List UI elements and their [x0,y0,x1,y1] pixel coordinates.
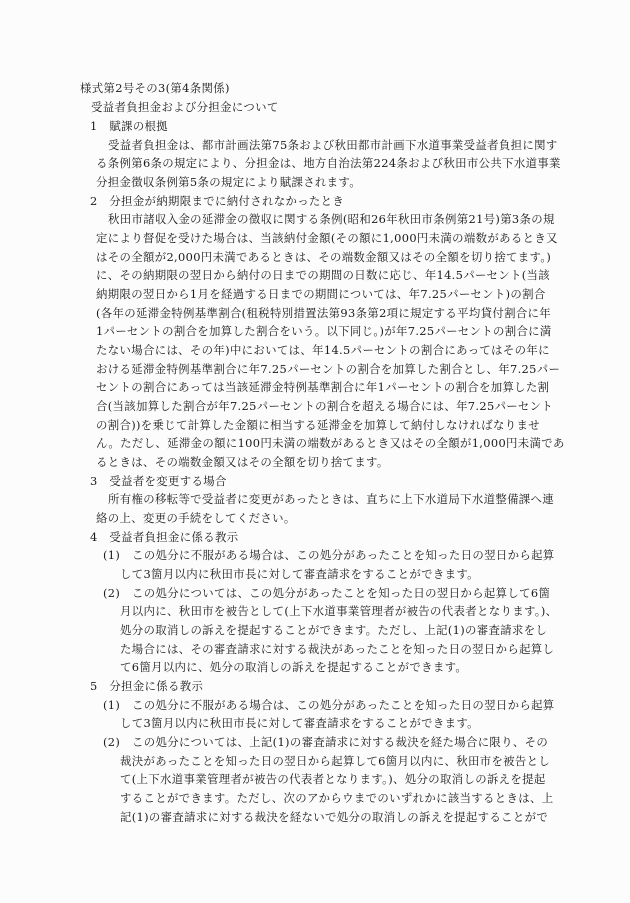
section-2-line: 合(当該加算した割合が年7.25パーセントの割合を超える場合には、年7.25パー… [96,397,553,415]
section-4-item-2-line: 月以内に、秋田市を被告として(上下水道事業管理者が被告の代表者となります。)、 [120,602,557,620]
section-1-line: る条例第6条の規定により、分担金は、地方自治法第224条および秋田市公共下水道事… [96,154,561,172]
section-2-line: 1パーセントの割合を加算した割合をいう。以下同じ。)が年7.25パーセントの割合… [96,322,552,340]
item-number: (1) [103,546,120,564]
section-5-item-2-line: 裁決があったことを知った日の翌日から起算して6箇月以内に、秋田市を被告とし [120,752,550,770]
section-2-line: るときは、その端数金額又はその全額を切り捨てます。 [96,453,389,471]
item-number: (1) [103,696,120,714]
section-2-heading: 2 分担金が納期限までに納付されなかったとき [90,192,344,210]
section-4-heading: 4 受益者負担金に係る教示 [90,528,239,546]
section-1-heading: 1 賦課の根拠 [90,117,168,135]
section-5-item-2-line: この処分については、上記(1)の審査請求に対する裁決を経た場合に限り、その [132,733,548,751]
section-4-item-1-line: この処分に不服がある場合は、この処分があったことを知った日の翌日から起算 [132,546,555,564]
item-number: (2) [103,584,120,602]
document-title: 受益者負担金および分担金について [91,98,279,116]
section-4-item-2-line: 処分の取消しの訴えを提起することができます。ただし、上記(1)の審査請求をし [120,621,547,639]
section-4-item-2-line: この処分については、この処分があったことを知った日の翌日から起算して6箇 [132,584,550,602]
section-2-line: に、その納期限の翌日から納付の日までの期間の日数に応じ、年14.5パーセント(当… [96,266,550,284]
section-2-line: の割合))を乗じて計算した金額に相当する延滞金を加算して納付しなければなりませ [96,416,540,434]
section-2-line: はその全額が2,000円未満であるときは、その端数金額又はその全額を切り捨てます… [96,248,551,266]
section-5-item-2-line: することができます。ただし、次のアからウまでのいずれかに該当するときは、上 [120,789,554,807]
section-4-item-1-line: して3箇月以内に秋田市長に対して審査請求をすることができます。 [120,565,479,583]
section-2-line: おける延滞金特例基準割合に年7.25パーセントの割合を加算した割合とし、年7.2… [96,360,560,378]
section-5-item-1-line: この処分に不服がある場合は、この処分があったことを知った日の翌日から起算 [132,696,555,714]
section-2-line: 秋田市諸収入金の延滞金の徴収に関する条例(昭和26年秋田市条例第21号)第3条の… [108,210,555,228]
section-5-heading: 5 分担金に係る教示 [90,677,203,695]
section-1-line: 分担金徴収条例第5条の規定により賦課されます。 [96,173,361,191]
item-number: (2) [103,733,120,751]
section-3-line: 絡の上、変更の手続をしてください。 [96,509,296,527]
section-2-line: たない場合には、その年)中においては、年14.5パーセントの割合にあってはその年… [96,341,550,359]
section-2-line: ん。ただし、延滞金の額に100円未満の端数があるとき又はその全額が1,000円未… [96,434,565,452]
section-4-item-2-line: た場合には、その審査請求に対する裁決があったことを知った日の翌日から起算し [120,640,554,658]
section-5-item-2-line: て(上下水道事業管理者が被告の代表者となります。)、処分の取消しの訴えを提起 [120,770,546,788]
section-2-line: 定により督促を受けた場合は、当該納付金額(その額に1,000円未満の端数があると… [96,229,558,247]
section-2-line: セントの割合にあっては当該延滞金特例基準割合に年1パーセントの割合を加算した割 [96,378,549,396]
section-5-item-2-line: 記(1)の審査請求に対する裁決を経ないで処分の取消しの訴えを提起することがで [120,808,548,826]
section-1-line: 受益者負担金は、都市計画法第75条および秋田都市計画下水道事業受益者負担に関す [108,136,558,154]
section-3-heading: 3 受益者を変更する場合 [90,472,227,490]
section-2-line: (各年の延滞金特例基準割合(租税特別措置法第93条第2項に規定する平均貸付割合に… [96,304,551,322]
section-2-line: 納期限の翌日から1月を経過する日までの期間については、年7.25パーセント)の割… [96,285,546,303]
section-3-line: 所有権の移転等で受益者に変更があったときは、直ちに上下水道局下水道整備課へ連 [108,490,554,508]
form-label: 様式第2号その3(第4条関係) [80,79,230,97]
section-5-item-1-line: して3箇月以内に秋田市長に対して審査請求をすることができます。 [120,714,479,732]
document-page: 様式第2号その3(第4条関係) 受益者負担金および分担金について 1 賦課の根拠… [0,0,630,903]
section-4-item-2-line: て6箇月以内に、処分の取消しの訴えを提起することができます。 [120,658,467,676]
